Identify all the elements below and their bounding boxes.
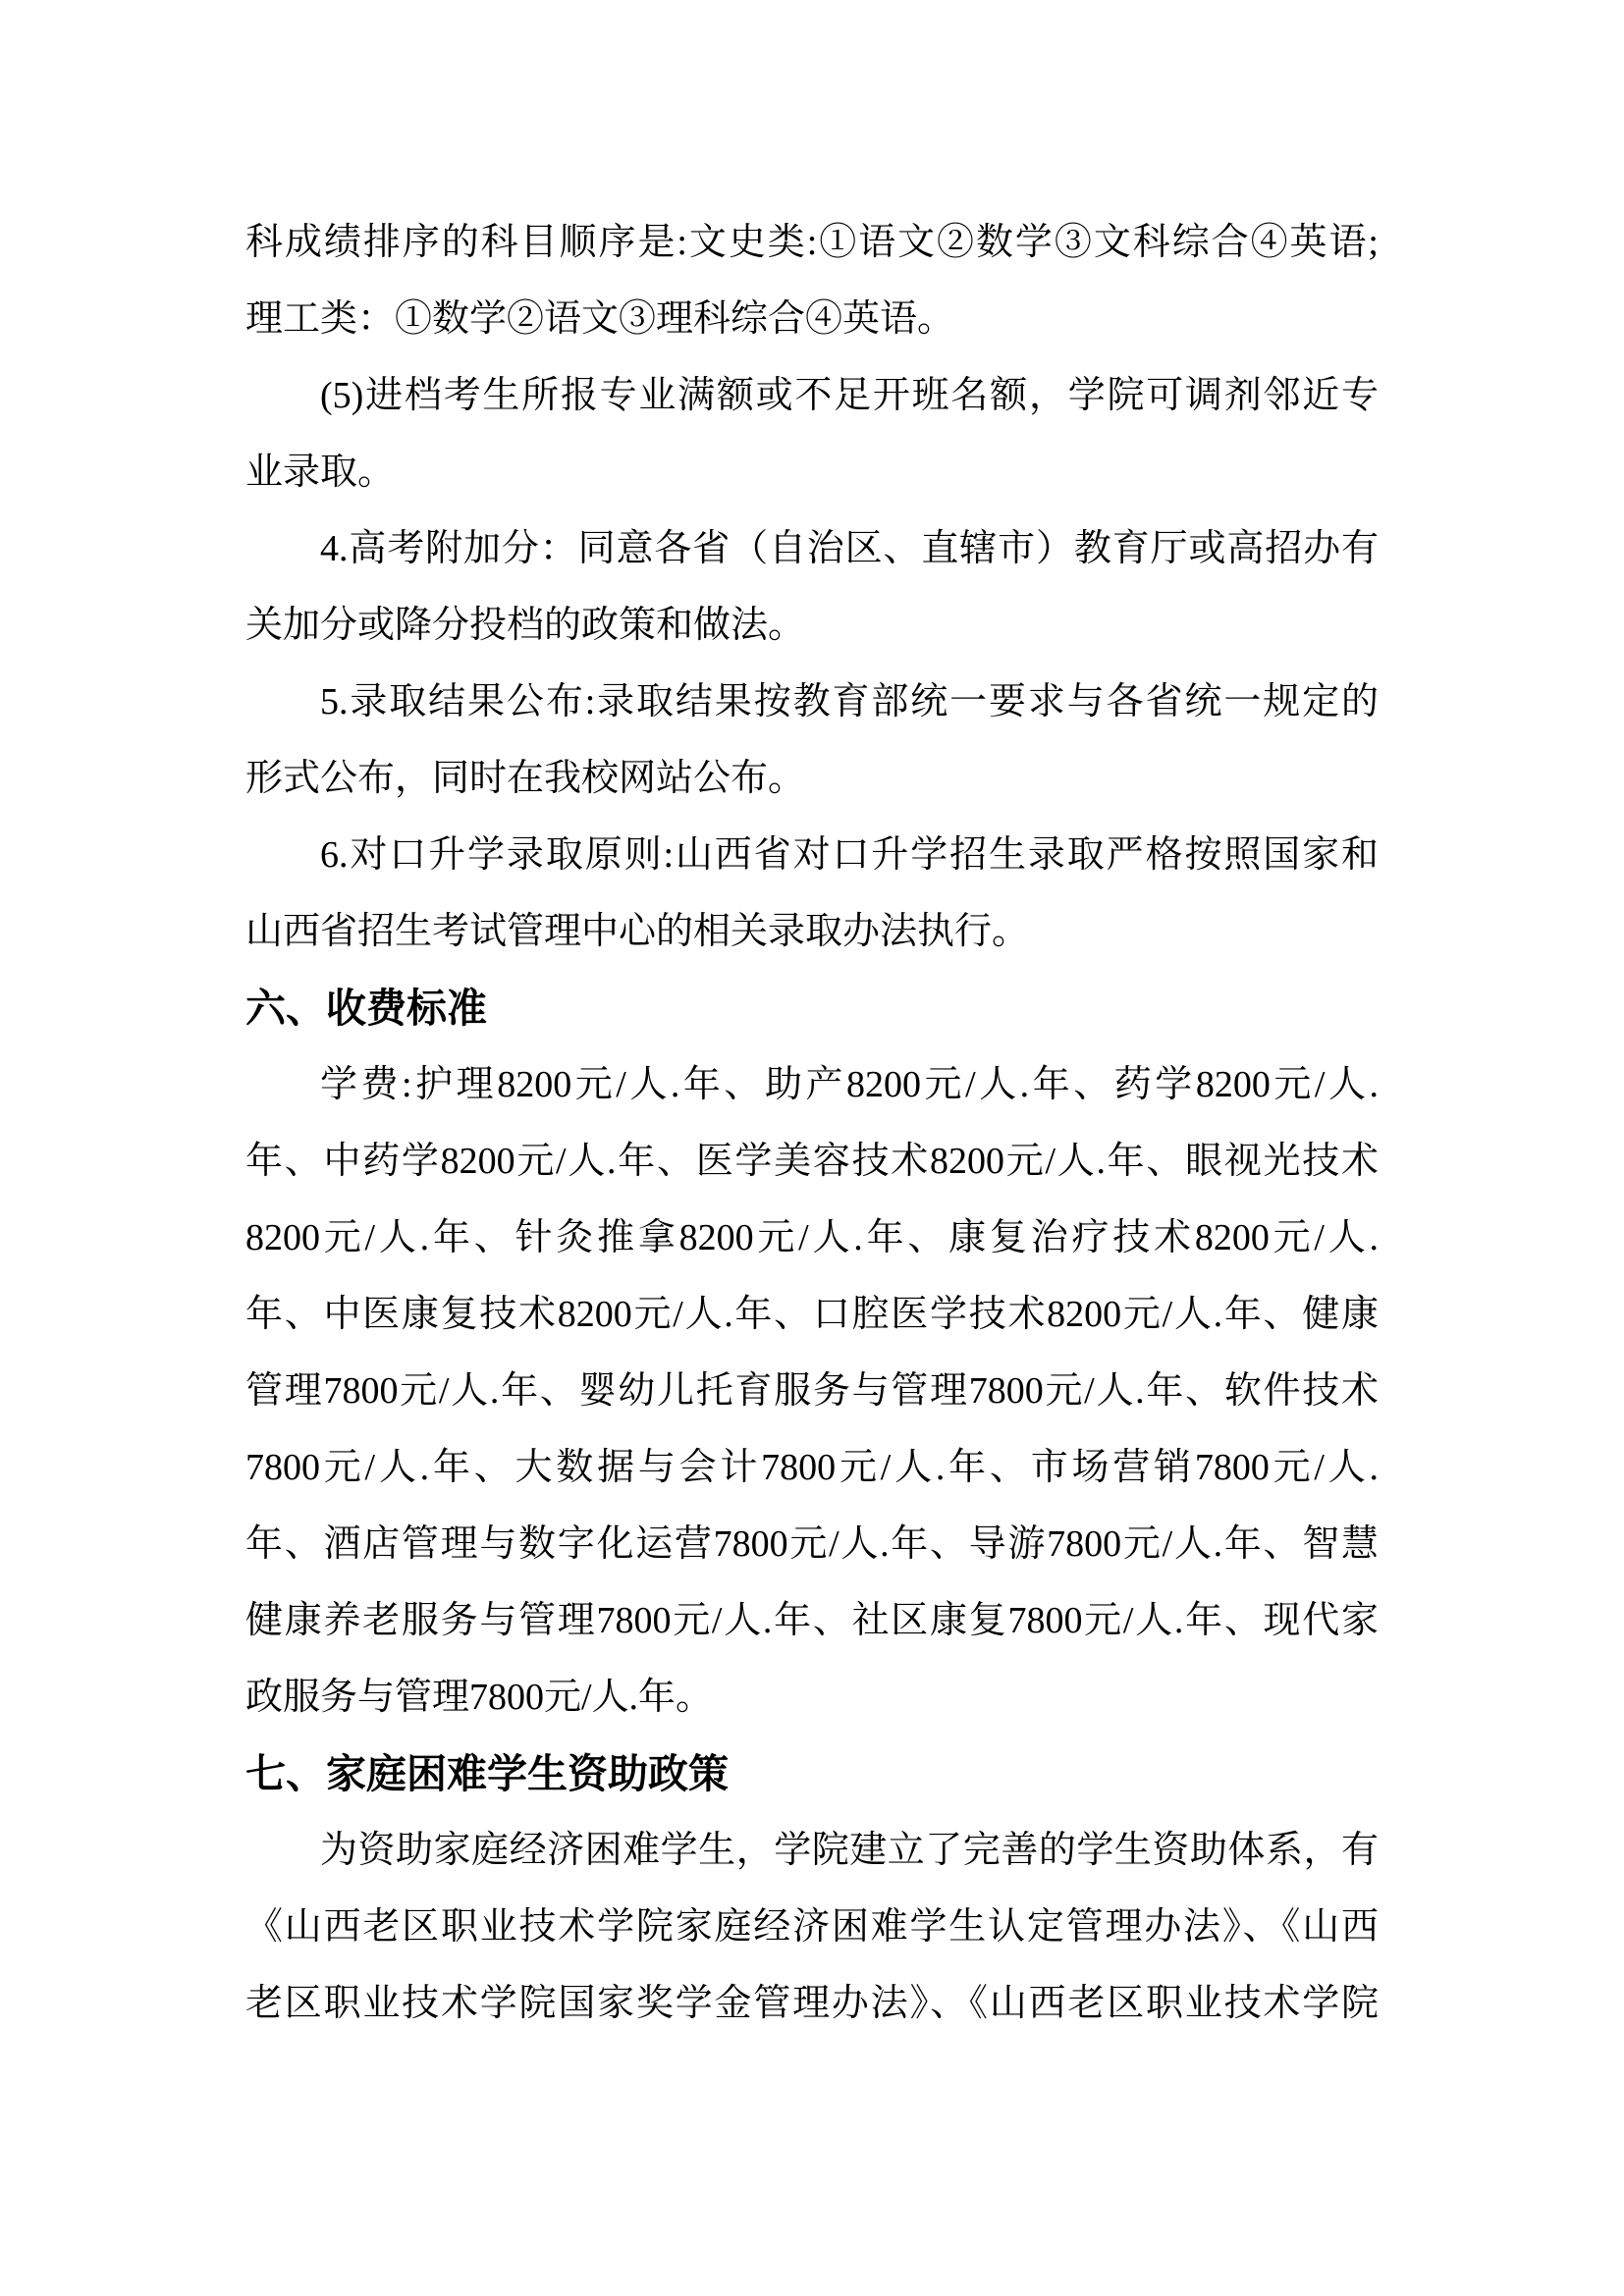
text-line: 老区职业技术学院国家奖学金管理办法》、《山西老区职业技术学院	[245, 1965, 1379, 2042]
text-line: 科成绩排序的科目顺序是:文史类:①语文②数学③文科综合④英语;	[245, 204, 1379, 281]
text-line: 政服务与管理7800元/人.年。	[245, 1659, 1379, 1735]
section-heading: 六、收费标准	[245, 970, 1379, 1046]
text-line: 业录取。	[245, 434, 1379, 510]
text-line: 健康养老服务与管理7800元/人.年、社区康复7800元/人.年、现代家	[245, 1582, 1379, 1659]
text-line: 管理7800元/人.年、婴幼儿托育服务与管理7800元/人.年、软件技术	[245, 1353, 1379, 1429]
text-line: 年、酒店管理与数字化运营7800元/人.年、导游7800元/人.年、智慧	[245, 1506, 1379, 1582]
section-heading: 七、家庭困难学生资助政策	[245, 1735, 1379, 1812]
text-line: 4.高考附加分：同意各省（自治区、直辖市）教育厅或高招办有	[245, 510, 1379, 587]
text-line: 6.对口升学录取原则:山西省对口升学招生录取严格按照国家和	[245, 817, 1379, 893]
text-line: 《山西老区职业技术学院家庭经济困难学生认定管理办法》、《山西	[245, 1889, 1379, 1965]
text-line: 8200元/人.年、针灸推拿8200元/人.年、康复治疗技术8200元/人.	[245, 1200, 1379, 1276]
text-line: (5)进档考生所报专业满额或不足开班名额，学院可调剂邻近专	[245, 357, 1379, 434]
text-line: 年、中医康复技术8200元/人.年、口腔医学技术8200元/人.年、健康	[245, 1276, 1379, 1353]
text-line: 5.录取结果公布:录取结果按教育部统一要求与各省统一规定的	[245, 664, 1379, 740]
text-line: 关加分或降分投档的政策和做法。	[245, 587, 1379, 664]
text-block: 科成绩排序的科目顺序是:文史类:①语文②数学③文科综合④英语;理工类：①数学②语…	[245, 204, 1379, 2042]
document-page: 科成绩排序的科目顺序是:文史类:①语文②数学③文科综合④英语;理工类：①数学②语…	[0, 0, 1624, 2296]
text-line: 学费:护理8200元/人.年、助产8200元/人.年、药学8200元/人.	[245, 1046, 1379, 1123]
text-line: 理工类：①数学②语文③理科综合④英语。	[245, 281, 1379, 357]
text-line: 为资助家庭经济困难学生，学院建立了完善的学生资助体系，有	[245, 1812, 1379, 1889]
text-line: 形式公布，同时在我校网站公布。	[245, 740, 1379, 817]
text-line: 山西省招生考试管理中心的相关录取办法执行。	[245, 893, 1379, 970]
text-line: 7800元/人.年、大数据与会计7800元/人.年、市场营销7800元/人.	[245, 1429, 1379, 1506]
text-line: 年、中药学8200元/人.年、医学美容技术8200元/人.年、眼视光技术	[245, 1123, 1379, 1200]
